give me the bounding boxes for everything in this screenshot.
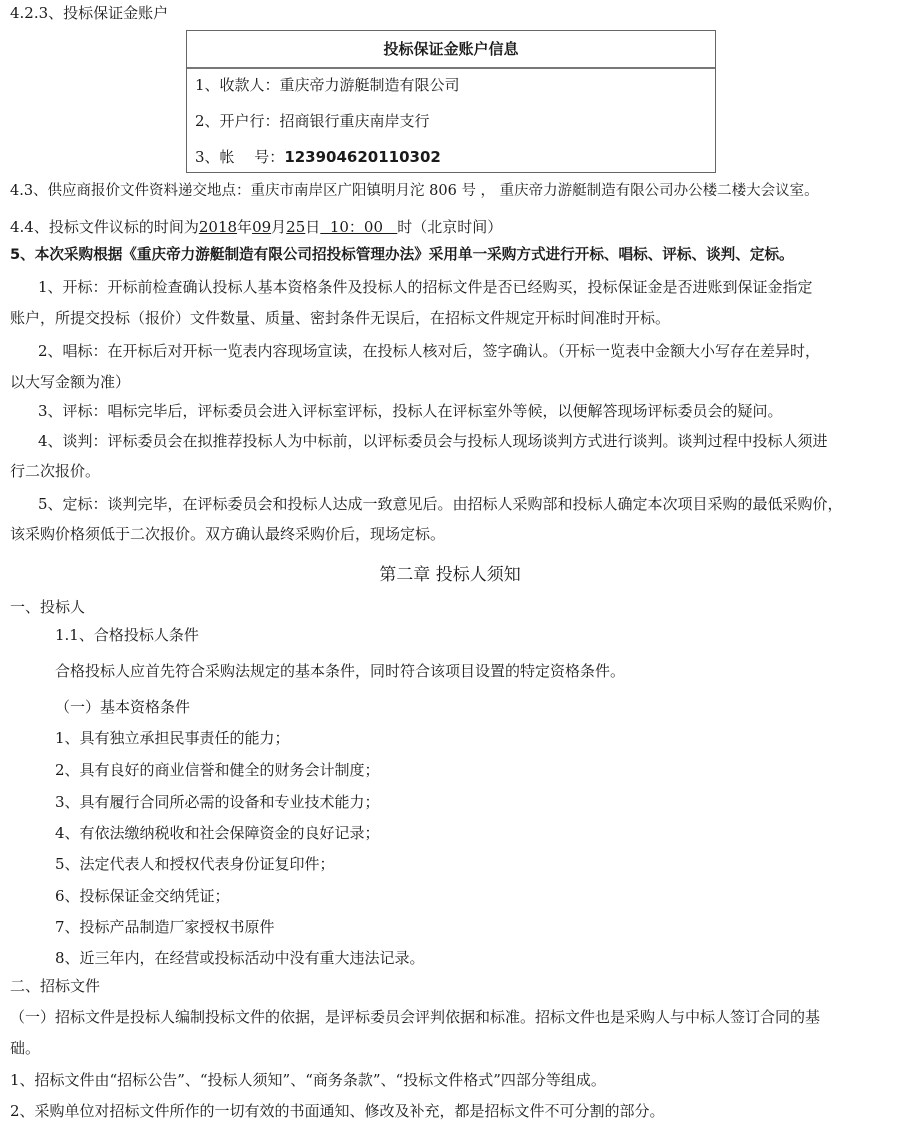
month-unit: 月 (271, 218, 286, 236)
condition-item: 3、具有履行合同所必需的设备和专业技术能力； (55, 792, 380, 812)
section-4-4-bid-time: 4.4、投标文件议标的时间为2018年09月25日 10：00 时（北京时间） (10, 217, 502, 237)
table-row-payee: 1、收款人：重庆帝力游艇制造有限公司 (195, 75, 460, 95)
tender-doc-item-2: 2、采购单位对招标文件所作的一切有效的书面通知、修改及补充，都是招标文件不可分割… (10, 1101, 665, 1121)
basic-qualification-title: （一）基本资格条件 (55, 697, 190, 717)
section-4-2-3-title: 4.2.3、投标保证金账户 (10, 3, 168, 23)
bid-clock-time: 10：00 (320, 218, 397, 236)
year-unit: 年 (237, 218, 252, 236)
part-1-title: 一、投标人 (10, 597, 85, 617)
procedure-evaluation: 3、评标：唱标完毕后，评标委员会进入评标室评标，投标人在评标室外等候，以便解答现… (38, 401, 783, 421)
table-row-bank: 2、开户行：招商银行重庆南岸支行 (195, 111, 430, 131)
bid-year: 2018 (199, 218, 237, 236)
bid-time-prefix: 4.4、投标文件议标的时间为 (10, 218, 199, 236)
tender-doc-item-1: 1、招标文件由“招标公告”、“投标人须知”、“商务条款”、“投标文件格式”四部分… (10, 1070, 606, 1090)
procedure-award-line2: 该采购价格须低于二次报价。双方确认最终采购价后，现场定标。 (10, 524, 445, 544)
procedure-reading-line1: 2、唱标：在开标后对开标一览表内容现场宣读，在投标人核对后，签字确认。（开标一览… (38, 341, 820, 361)
bank-value: 招商银行重庆南岸支行 (280, 112, 430, 130)
condition-item: 2、具有良好的商业信誉和健全的财务会计制度； (55, 760, 380, 780)
qualified-bidder-intro: 合格投标人应首先符合采购法规定的基本条件，同时符合该项目设置的特定资格条件。 (55, 661, 625, 681)
qualified-bidder-subtitle: 1.1、合格投标人条件 (55, 625, 199, 645)
payee-label: 1、收款人： (195, 76, 280, 94)
part-2-title: 二、招标文件 (10, 976, 100, 996)
tender-doc-para-line2: 础。 (10, 1038, 40, 1058)
bank-label: 2、开户行： (195, 112, 280, 130)
condition-item: 5、法定代表人和授权代表身份证复印件； (55, 854, 335, 874)
deposit-account-table: 投标保证金账户信息 1、收款人：重庆帝力游艇制造有限公司 2、开户行：招商银行重… (186, 30, 716, 173)
condition-item: 8、近三年内，在经营或投标活动中没有重大违法记录。 (55, 948, 425, 968)
tender-doc-para-line1: （一）招标文件是投标人编制投标文件的依据，是评标委员会评判依据和标准。招标文件也… (10, 1007, 820, 1027)
bid-time-suffix: 时（北京时间） (397, 218, 502, 236)
account-label: 3、帐 号： (195, 148, 284, 166)
procedure-award-line1: 5、定标：谈判完毕，在评标委员会和投标人达成一致意见后。由招标人采购部和投标人确… (38, 494, 843, 514)
chapter-2-title: 第二章 投标人须知 (0, 565, 900, 585)
condition-item: 1、具有独立承担民事责任的能力； (55, 728, 290, 748)
procedure-opening-line2: 账户，所提交投标（报价）文件数量、质量、密封条件无误后，在招标文件规定开标时间准… (10, 308, 670, 328)
procedure-negotiation-line1: 4、谈判：评标委员会在拟推荐投标人为中标前，以评标委员会与投标人现场谈判方式进行… (38, 431, 828, 451)
condition-item: 4、有依法缴纳税收和社会保障资金的良好记录； (55, 823, 380, 843)
account-number: 123904620110302 (284, 148, 441, 166)
payee-value: 重庆帝力游艇制造有限公司 (280, 76, 460, 94)
condition-item: 7、投标产品制造厂家授权书原件 (55, 917, 275, 937)
section-4-3-submission-location: 4.3、供应商报价文件资料递交地点：重庆市南岸区广阳镇明月沱 806 号 ， 重… (10, 181, 819, 201)
bid-day: 25 (286, 218, 305, 236)
section-5-title: 5、本次采购根据《重庆帝力游艇制造有限公司招投标管理办法》采用单一采购方式进行开… (10, 245, 794, 265)
deposit-table-header: 投标保证金账户信息 (187, 31, 715, 69)
procedure-opening-line1: 1、开标：开标前检查确认投标人基本资格条件及投标人的招标文件是否已经购买，投标保… (38, 277, 813, 297)
table-row-account: 3、帐 号：123904620110302 (195, 147, 441, 167)
condition-item: 6、投标保证金交纳凭证； (55, 886, 230, 906)
procedure-reading-line2: 以大写金额为准） (10, 372, 130, 392)
day-unit: 日 (305, 218, 320, 236)
bid-month: 09 (252, 218, 271, 236)
procedure-negotiation-line2: 行二次报价。 (10, 461, 100, 481)
